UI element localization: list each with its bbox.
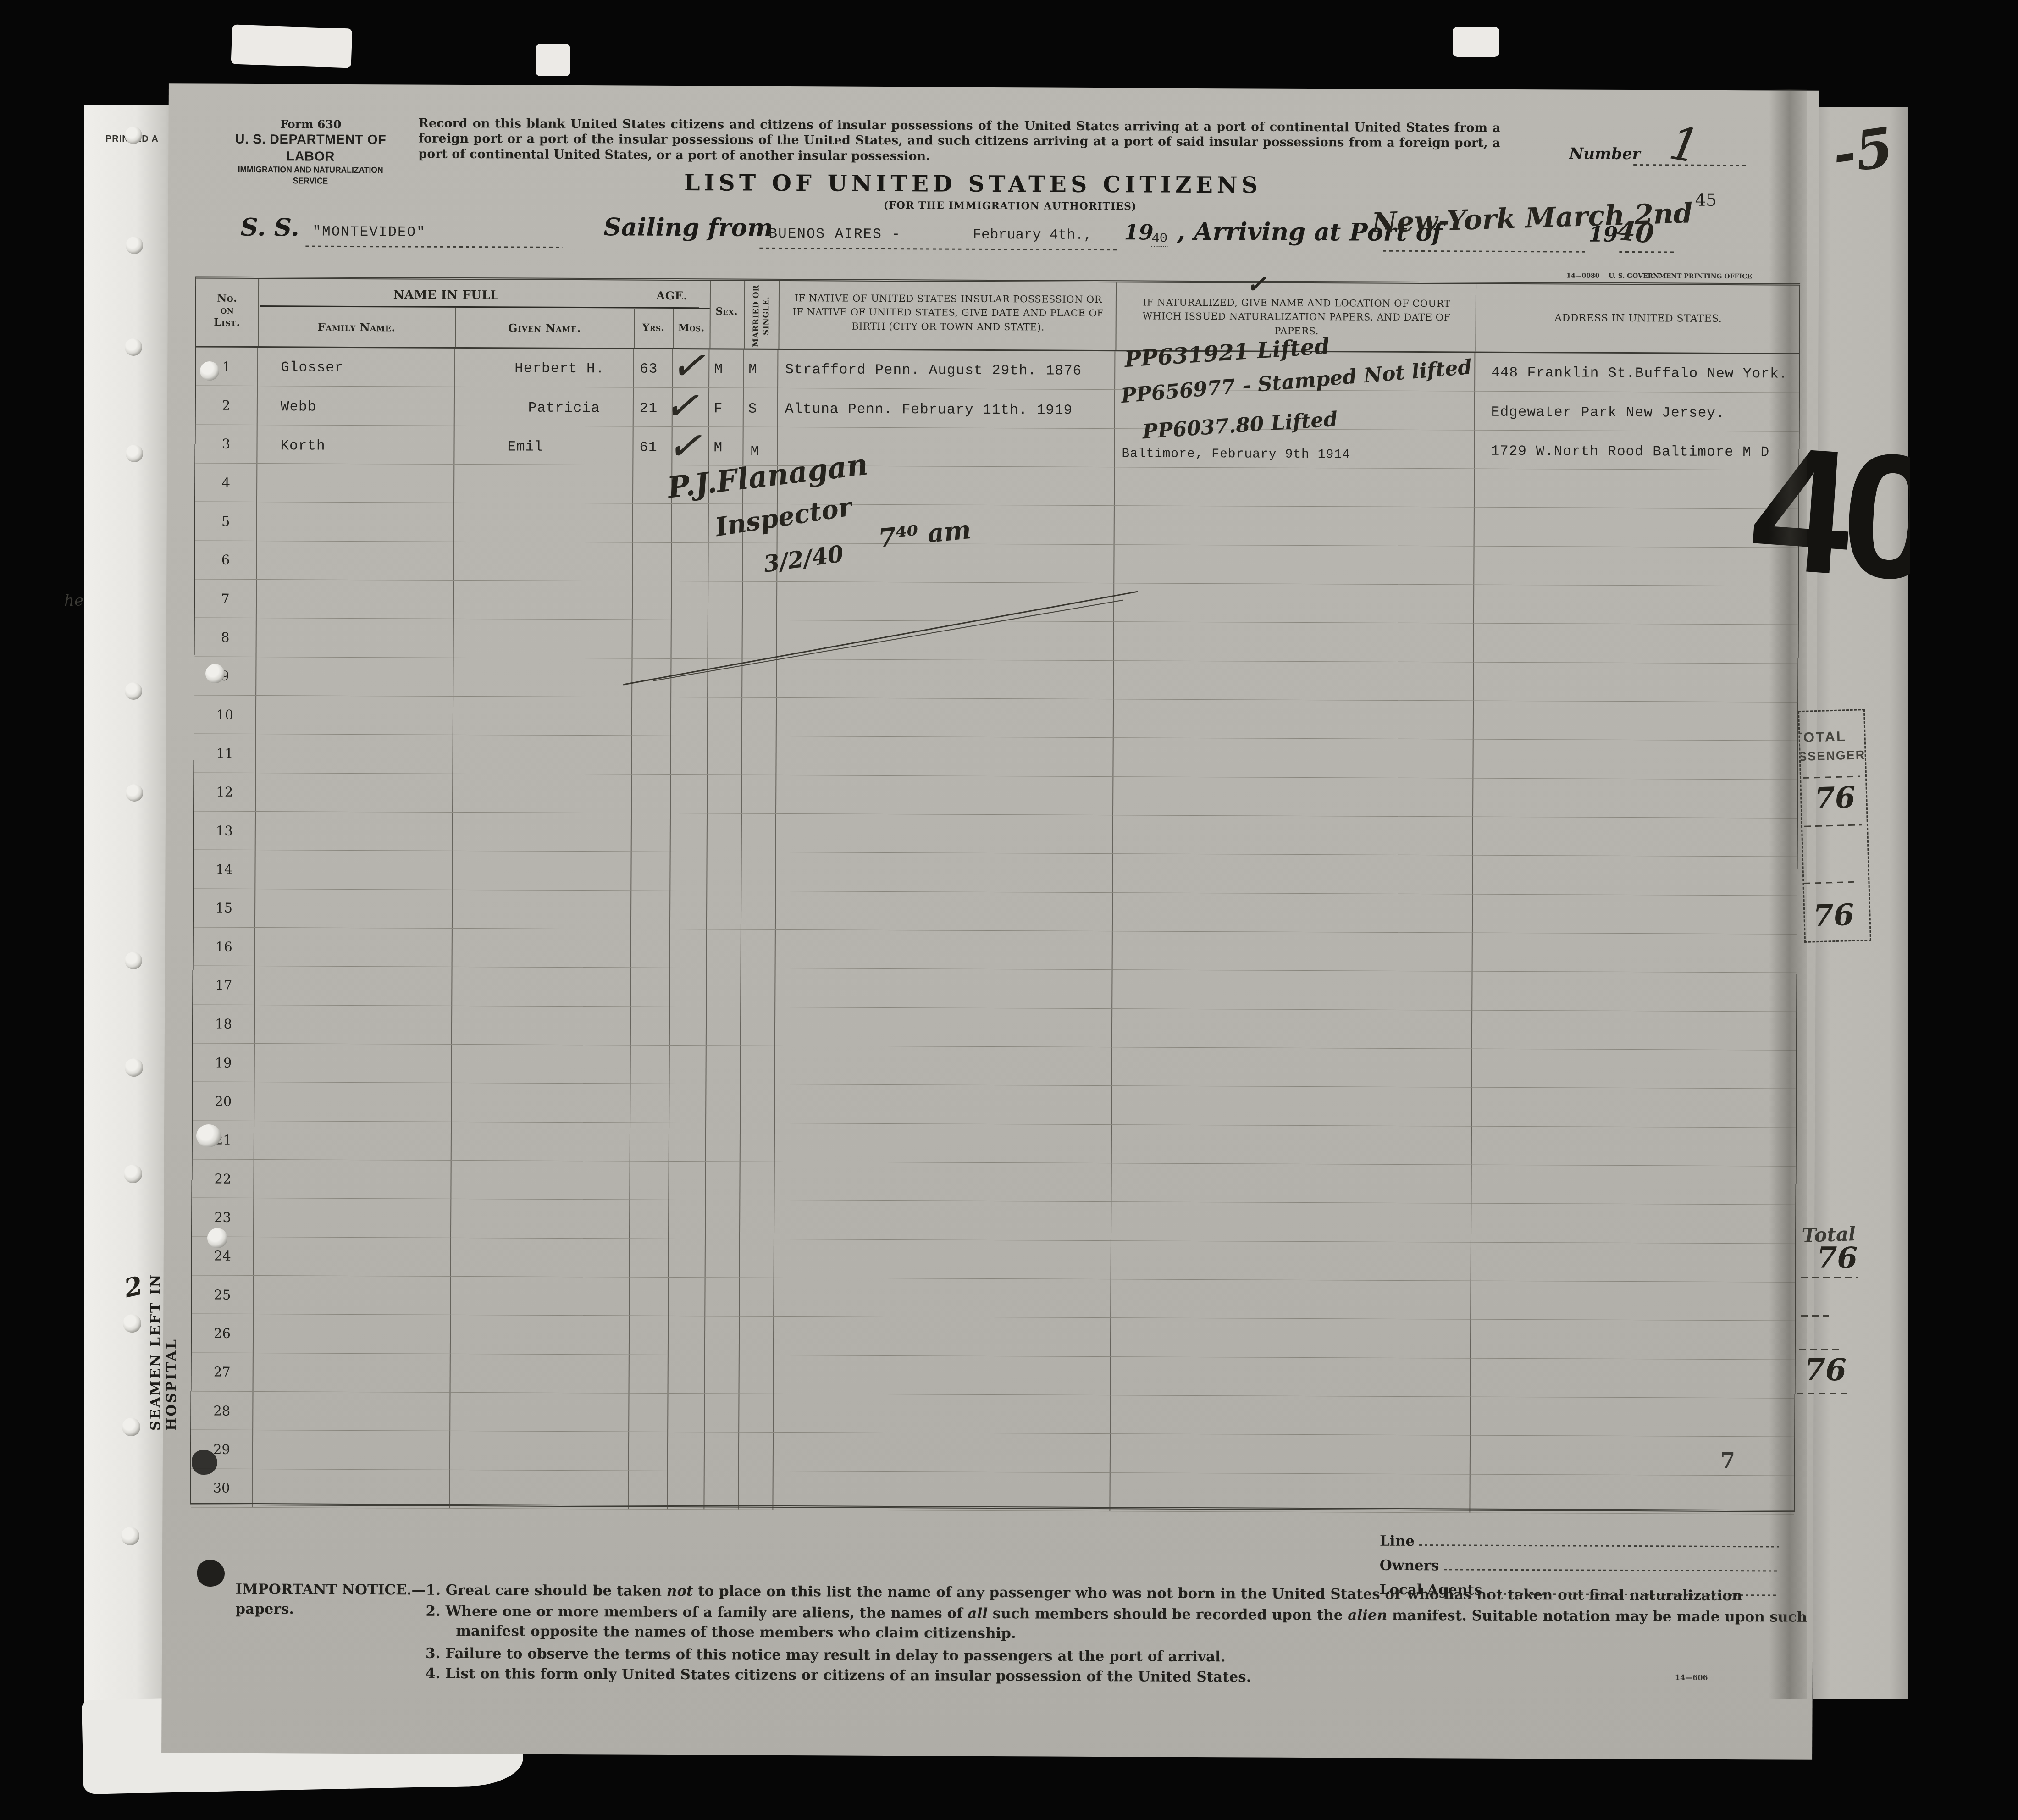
- table-row: 26: [192, 1314, 1795, 1360]
- row-number: 16: [216, 939, 232, 954]
- table-cell: [775, 1007, 1112, 1047]
- table-cell: [1110, 1473, 1470, 1513]
- table-cell: [708, 813, 742, 852]
- table-cell: [741, 891, 776, 929]
- form-number: Form 630: [215, 117, 407, 132]
- hole-punch: [124, 1165, 142, 1183]
- cell-given-name: Patricia: [528, 400, 600, 417]
- cell-marital: M: [748, 362, 757, 378]
- table-row: 11: [194, 734, 1797, 780]
- table-cell: [257, 502, 454, 541]
- table-row: 8: [195, 618, 1798, 664]
- table-cell: [630, 1239, 669, 1277]
- table-cell: [1473, 933, 1798, 973]
- table-row: 4: [195, 463, 1798, 509]
- table-cell: [740, 1239, 774, 1278]
- table-cell: [741, 852, 776, 891]
- table-cell: [452, 967, 631, 1006]
- table-cell: [1472, 1126, 1797, 1166]
- table-row: 13: [194, 811, 1797, 857]
- table-cell: [1471, 1320, 1797, 1359]
- table-cell: [706, 1046, 741, 1084]
- table-cell: [671, 813, 708, 852]
- sailing-date-line: [966, 249, 1117, 250]
- faint-stamp-seven: 7: [1720, 1448, 1735, 1473]
- table-cell: [1111, 1202, 1471, 1242]
- table-cell: [707, 852, 741, 891]
- paper-fragment: [231, 24, 353, 68]
- table-cell: [631, 929, 670, 968]
- table-cell: [1111, 1241, 1471, 1281]
- table-cell: 28: [191, 1391, 253, 1430]
- arrival-year-line: [1619, 251, 1674, 253]
- cell-family-name: Korth: [280, 438, 325, 454]
- header-address: ADDRESS IN UNITED STATES.: [1476, 311, 1801, 327]
- table-body: 1234567891011121314151617181920212223242…: [191, 347, 1799, 1514]
- table-cell: [256, 657, 453, 696]
- table-cell: [1473, 817, 1799, 857]
- cell-address: 448 Franklin St.Buffalo New York.: [1491, 365, 1788, 382]
- row-number: 7: [221, 591, 230, 606]
- table-cell: [632, 774, 671, 813]
- edge-word-fragment: he: [64, 592, 83, 610]
- table-cell: 10: [194, 695, 256, 734]
- table-cell: [1111, 1395, 1471, 1435]
- table-row: 5: [195, 502, 1798, 548]
- table-cell: [452, 1045, 630, 1084]
- table-cell: [255, 966, 452, 1005]
- notice-text: Where one or more members of a family ar…: [446, 1603, 968, 1622]
- table-cell: [741, 930, 776, 968]
- header-sex: Sex.: [706, 304, 747, 319]
- table-cell: [450, 1393, 629, 1432]
- table-cell: [254, 1314, 451, 1353]
- cell-birth: Strafford Penn. August 29th. 1876: [785, 362, 1082, 379]
- table-cell: [1114, 545, 1474, 585]
- table-cell: [708, 543, 743, 581]
- ship-name-line: [305, 245, 562, 248]
- table-cell: [253, 1430, 450, 1469]
- sailing-from-label: Sailing from: [603, 213, 773, 242]
- table-cell: [741, 1123, 775, 1162]
- table-cell: [705, 1278, 740, 1316]
- notice-text: Failure to observe the terms of this not…: [445, 1645, 1226, 1665]
- table-cell: [257, 464, 454, 503]
- table-row: 9: [194, 657, 1797, 703]
- owners-label: Owners: [1380, 1557, 1439, 1574]
- table-cell: [1471, 1436, 1796, 1475]
- table-cell: [1472, 972, 1798, 1011]
- table-cell: [453, 929, 631, 968]
- table-cell: [740, 1162, 774, 1200]
- row-number: 11: [216, 746, 233, 761]
- table-cell: 18: [193, 1005, 255, 1043]
- table-cell: 25: [192, 1275, 254, 1314]
- header-underline: [260, 305, 710, 309]
- table-cell: [454, 619, 633, 658]
- stamp-passengers-label: PASSENGERS: [1798, 748, 1871, 765]
- table-cell: [629, 1432, 668, 1471]
- gpo-imprint: 14—0080 U. S. GOVERNMENT PRINTING OFFICE: [1566, 272, 1752, 280]
- table-cell: 13: [194, 811, 256, 850]
- table-cell: [452, 1083, 630, 1122]
- ink-blot: [192, 1450, 217, 1475]
- table-cell: [741, 968, 775, 1007]
- row-number: 13: [216, 823, 233, 838]
- cell-marital: M: [750, 444, 759, 460]
- table-cell: [774, 1239, 1111, 1279]
- table-cell: [453, 774, 632, 813]
- arrival-port-line: [1383, 250, 1585, 253]
- table-cell: 5: [195, 502, 257, 541]
- service-name: IMMIGRATION AND NATURALIZATION SERVICE: [222, 164, 399, 187]
- table-cell: [774, 1355, 1111, 1395]
- hole-punch: [126, 237, 143, 254]
- margin-note-dash5: -5: [1829, 115, 1897, 186]
- total-value: 76: [1817, 1241, 1858, 1275]
- gpo-text: U. S. GOVERNMENT PRINTING OFFICE: [1609, 272, 1752, 280]
- table-cell: [1474, 585, 1800, 625]
- table-cell: 3: [195, 425, 257, 463]
- notice-item-number: 2.: [426, 1603, 445, 1620]
- table-cell: [254, 1044, 452, 1083]
- table-cell: [669, 1046, 706, 1084]
- table-cell: 27: [192, 1353, 254, 1391]
- table-cell: [1472, 1010, 1798, 1050]
- table-cell: [669, 1355, 705, 1393]
- table-cell: [630, 1316, 669, 1355]
- table-cell: [1112, 970, 1472, 1010]
- table-cell: [777, 582, 1114, 622]
- total-passengers-value: 76: [1814, 780, 1856, 816]
- table-cell: [708, 736, 742, 775]
- row-number: 19: [215, 1055, 232, 1070]
- table-cell: [708, 775, 742, 813]
- table-cell: 14: [194, 850, 255, 889]
- table-cell: [257, 541, 454, 580]
- table-cell: [633, 542, 672, 581]
- table-cell: [671, 697, 708, 736]
- table-cell: [454, 426, 633, 465]
- cell-marital: S: [748, 401, 757, 417]
- table-row: 17: [193, 966, 1796, 1012]
- table-row: 25: [192, 1275, 1795, 1321]
- table-header: No. on List. NAME IN FULL AGE. Family Na…: [196, 278, 1799, 354]
- table-cell: [254, 1082, 452, 1121]
- table-cell: [630, 1123, 669, 1161]
- table-cell: [453, 890, 631, 929]
- table-cell: [631, 891, 670, 929]
- hole-punch: [125, 338, 142, 356]
- table-cell: [453, 735, 632, 774]
- table-cell: [668, 1432, 705, 1471]
- table-cell: [1472, 1049, 1797, 1088]
- row-number: 14: [216, 862, 232, 877]
- table-cell: [255, 850, 453, 889]
- table-cell: [742, 814, 776, 852]
- table-cell: [706, 1162, 740, 1200]
- table-cell: [668, 1471, 704, 1509]
- table-cell: [1112, 1125, 1472, 1165]
- table-cell: [256, 734, 453, 773]
- table-cell: [775, 1046, 1112, 1086]
- table-cell: [1113, 893, 1473, 933]
- table-cell: [452, 1122, 630, 1161]
- paper-fragment: [536, 44, 570, 76]
- table-cell: [774, 1433, 1111, 1472]
- table-cell: [773, 1471, 1110, 1511]
- table-cell: [631, 1007, 670, 1045]
- hole-punch: [125, 682, 142, 700]
- table-cell: [705, 1355, 740, 1394]
- stamp-rule: [1804, 824, 1862, 827]
- table-cell: [1113, 738, 1473, 778]
- sailing-port-line: [759, 248, 961, 250]
- form-id-block: Form 630 U. S. DEPARTMENT OF LABOR IMMIG…: [214, 117, 407, 187]
- table-row: 6: [195, 541, 1798, 586]
- row-number: 20: [215, 1094, 232, 1109]
- table-cell: [740, 1355, 774, 1394]
- table-cell: [671, 659, 708, 697]
- header-native: IF NATIVE OF UNITED STATES INSULAR POSSE…: [790, 291, 1106, 334]
- table-cell: [706, 1239, 740, 1278]
- table-cell: [707, 968, 741, 1007]
- table-cell: [740, 1200, 774, 1239]
- cell-naturalization-court: Baltimore, February 9th 1914: [1122, 447, 1350, 462]
- table-cell: [706, 1200, 740, 1239]
- table-cell: [704, 1471, 739, 1510]
- table-cell: [1114, 583, 1474, 623]
- table-cell: [1114, 661, 1474, 701]
- table-row: 20: [193, 1082, 1796, 1128]
- table-cell: [1471, 1397, 1796, 1436]
- row-number: 24: [214, 1248, 231, 1264]
- table-cell: [1475, 469, 1800, 509]
- table-cell: [1471, 1358, 1796, 1398]
- hole-punch: [205, 664, 225, 683]
- year-printed: 19: [1124, 220, 1153, 244]
- notice-text: Great care should be taken: [446, 1582, 667, 1599]
- table-row: 29: [191, 1430, 1794, 1476]
- table-cell: 11: [194, 734, 256, 773]
- stamp-rule: [1801, 1277, 1858, 1278]
- table-cell: [1474, 546, 1800, 586]
- hole-punch: [125, 1058, 143, 1077]
- table-cell: [633, 620, 672, 658]
- table-cell: [669, 1316, 705, 1355]
- table-cell: 17: [193, 966, 255, 1005]
- table-row: 18: [193, 1005, 1796, 1051]
- table-row: 12: [194, 773, 1797, 819]
- table-cell: [254, 1276, 451, 1315]
- department-name: U. S. DEPARTMENT OF LABOR: [214, 131, 407, 165]
- stray-checkmark: ✓: [1246, 270, 1266, 298]
- table-cell: [706, 1084, 741, 1123]
- row-number: 30: [213, 1480, 230, 1496]
- table-cell: [669, 1084, 706, 1123]
- table-cell: [707, 929, 741, 968]
- cell-given-name: Emil: [507, 439, 543, 455]
- table-cell: 19: [193, 1043, 254, 1082]
- table-cell: [776, 775, 1113, 815]
- table-cell: [454, 465, 633, 503]
- header-yrs: Yrs.: [634, 321, 673, 336]
- ship-name: "MONTEVIDEO": [312, 224, 426, 241]
- line-label: Line: [1380, 1533, 1415, 1549]
- table-cell: 26: [192, 1314, 254, 1353]
- table-cell: [1471, 1242, 1797, 1282]
- table-cell: [670, 929, 707, 968]
- table-row: 16: [194, 927, 1797, 973]
- table-cell: [1113, 931, 1473, 971]
- hole-punch: [126, 784, 143, 802]
- table-cell: [742, 775, 776, 813]
- table-row: 15: [194, 889, 1797, 935]
- table-cell: [630, 1045, 669, 1084]
- table-cell: [629, 1471, 668, 1509]
- row-number: 3: [222, 436, 231, 452]
- table-cell: [742, 698, 777, 736]
- row-number: 27: [214, 1364, 231, 1380]
- table-cell: [630, 1200, 669, 1239]
- table-cell: [256, 812, 453, 851]
- row-number: 8: [221, 630, 230, 645]
- row-number: 18: [215, 1016, 232, 1032]
- table-cell: 20: [193, 1082, 254, 1121]
- table-row: 27: [192, 1353, 1795, 1399]
- table-cell: [633, 504, 672, 542]
- owners-field: Owners: [1380, 1549, 1779, 1576]
- notice-text: List on this form only United States cit…: [445, 1665, 1251, 1686]
- table-cell: [743, 582, 777, 620]
- page-title: LIST OF UNITED STATES CITIZENS: [684, 169, 1262, 198]
- header-mos: Mos.: [673, 321, 710, 336]
- table-cell: [631, 968, 670, 1007]
- hole-punch: [126, 445, 143, 462]
- table-cell: [254, 1353, 451, 1392]
- row-number: 5: [221, 514, 230, 529]
- sailing-port: BUENOS AIRES -: [768, 226, 901, 243]
- hole-punch: [125, 127, 142, 144]
- total-passengers-value: 76: [1813, 898, 1854, 933]
- gpo-code: 14—0080: [1566, 272, 1600, 279]
- table-cell: [775, 968, 1112, 1008]
- table-cell: [255, 889, 453, 928]
- table-cell: [1475, 508, 1800, 547]
- table-cell: [706, 1123, 741, 1162]
- table-cell: [254, 1121, 452, 1160]
- hole-punch: [196, 1124, 221, 1147]
- table-cell: [451, 1199, 630, 1238]
- notice-text: such members should be recorded upon the: [988, 1605, 1348, 1623]
- table-cell: [454, 542, 633, 581]
- page-subtitle: (FOR THE IMMIGRATION AUTHORITIES): [884, 199, 1137, 212]
- table-row: 30: [191, 1469, 1794, 1515]
- table-cell: [1471, 1165, 1797, 1204]
- table-cell: [632, 736, 671, 774]
- table-cell: [1472, 1088, 1797, 1127]
- cell-age-yrs: 21: [640, 401, 658, 417]
- table-cell: [774, 1278, 1111, 1318]
- table-cell: [453, 697, 632, 736]
- table-cell: [1474, 624, 1799, 663]
- table-cell: [669, 1278, 705, 1316]
- passenger-table: No. on List. NAME IN FULL AGE. Family Na…: [190, 276, 1800, 1512]
- header-married-single: MARRIED OR SINGLE.: [744, 284, 779, 348]
- table-cell: [774, 1162, 1111, 1202]
- table-cell: [630, 1277, 669, 1316]
- table-cell: 7: [195, 579, 257, 618]
- table-cell: 16: [194, 927, 255, 966]
- table-cell: 6: [195, 541, 257, 579]
- row-number: 28: [213, 1403, 230, 1418]
- table-cell: [1111, 1434, 1471, 1474]
- table-cell: [742, 736, 776, 775]
- header-no-on-list: No. on List.: [196, 292, 258, 329]
- notice-item-2: 2. Where one or more members of a family…: [426, 1602, 1813, 1647]
- table-cell: [740, 1278, 774, 1316]
- table-cell: [671, 775, 708, 813]
- arrival-year-printed: 19: [1588, 222, 1618, 247]
- paper-fragment: [1453, 27, 1499, 57]
- table-row: 10: [194, 695, 1797, 741]
- notice-item-number: 1.: [426, 1582, 446, 1599]
- table-cell: [451, 1315, 630, 1354]
- table-cell: [1113, 777, 1473, 817]
- cell-age-yrs: 61: [639, 440, 657, 456]
- row-number: 10: [216, 707, 233, 722]
- header-age: AGE.: [634, 288, 710, 304]
- manifest-page: Form 630 U. S. DEPARTMENT OF LABOR IMMIG…: [161, 83, 1819, 1760]
- table-cell: 9: [194, 657, 256, 695]
- table-row: 24: [192, 1237, 1795, 1283]
- table-cell: [630, 1161, 669, 1200]
- table-cell: [1474, 662, 1799, 702]
- table-cell: [707, 891, 741, 929]
- table-cell: [254, 1237, 451, 1276]
- table-cell: [708, 697, 742, 736]
- sailing-date: February 4th.,: [973, 227, 1092, 243]
- table-cell: [1113, 854, 1473, 894]
- table-cell: [669, 1239, 706, 1277]
- table-cell: [454, 503, 633, 542]
- table-cell: [1473, 740, 1799, 779]
- row-number: 2: [222, 398, 231, 413]
- row-number: 25: [214, 1287, 231, 1302]
- table-cell: [629, 1393, 668, 1432]
- hole-punch: [122, 1418, 140, 1436]
- table-cell: [450, 1431, 629, 1470]
- table-cell: 2: [196, 386, 258, 425]
- form-code: 14—606: [1675, 1673, 1708, 1682]
- cell-sex: F: [714, 401, 723, 417]
- cell-given-name: Herbert H.: [514, 360, 604, 377]
- owners-field-rule: [1444, 1569, 1779, 1571]
- table-cell: [450, 1470, 629, 1509]
- cell-family-name: Webb: [281, 399, 317, 415]
- table-cell: [670, 852, 707, 891]
- row-number: 6: [221, 552, 230, 568]
- table-cell: [776, 852, 1113, 892]
- table-cell: [776, 736, 1113, 776]
- notice-text: alien: [1348, 1607, 1387, 1623]
- table-cell: [740, 1317, 774, 1355]
- table-row: 21: [193, 1121, 1796, 1167]
- table-cell: [452, 1006, 631, 1045]
- table-cell: [777, 659, 1114, 699]
- table-row: 14: [194, 850, 1797, 896]
- table-cell: [1111, 1318, 1471, 1358]
